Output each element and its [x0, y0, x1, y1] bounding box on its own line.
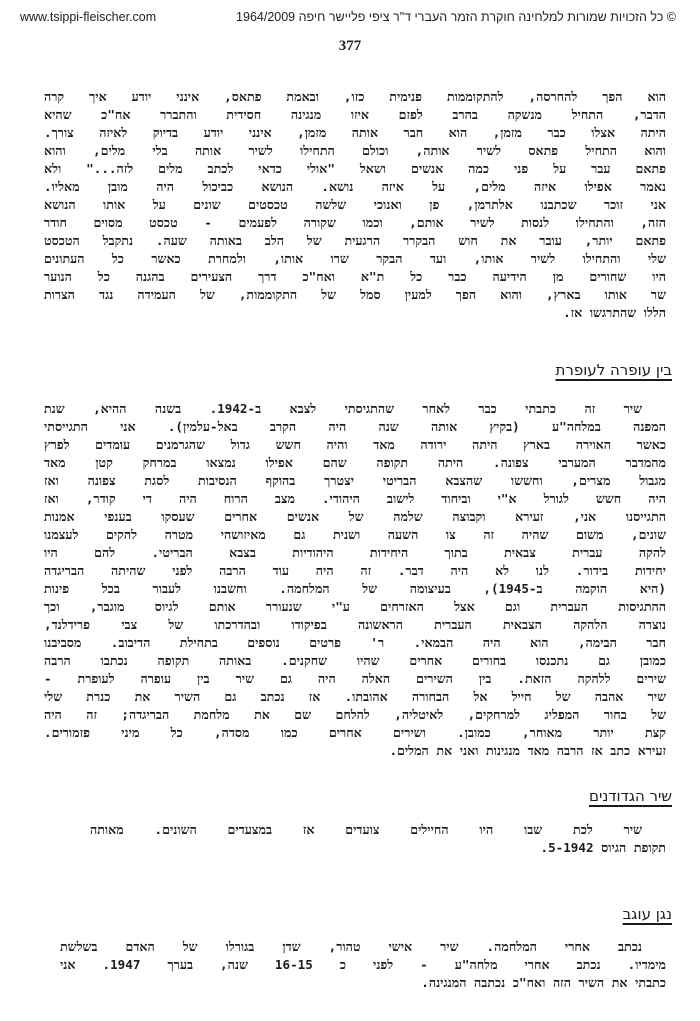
text-line: המפנה במלחה"ע (בקיץ אותה שנה היה הקרב בא… — [44, 418, 666, 436]
text-line: הזה, והתחילו לנסות לשיר אותם, וכמו שקורה… — [44, 214, 666, 232]
text-line: קצת יותר מאוחר, כמובן. ושירים אחרים כמו … — [44, 724, 666, 742]
text-line: שיר אהבה של חייל אל הבחורה אהובתו. אז נכ… — [44, 688, 666, 706]
text-line: חבר הבימה, הוא היה הבמאי. ר' פרטים נוספי… — [44, 634, 666, 652]
text-line: נכתב אחרי המלחמה. שיר אישי טהור, שדן בגו… — [60, 938, 666, 956]
text-line: פתאם עבר על פני כמה אנשים ושאל "אולי כדא… — [44, 160, 666, 178]
text-line: יחידות בידור. לנו לא היה דבר. זה היה עוד… — [44, 562, 666, 580]
text-line: שיר זה כתבתי כבר לאחר שהתגיסתי לצבא ב-19… — [44, 400, 666, 418]
text-line: הוא הפך להחרסה, להתקוממות פנימית כזו, וב… — [44, 88, 666, 106]
text-line: שירים ללהקה הזאת. בין השירים האלה היה גם… — [44, 670, 666, 688]
page-number: 377 — [0, 38, 700, 55]
text-line: אני זוכר שכתבנו אלתרמן, פן ואנוכי שלשה ט… — [44, 196, 666, 214]
text-line: היו שחורים מן הידיעה כבר כל ת"א ואח"כ דר… — [44, 268, 666, 286]
section-paragraph-nagan-ugav: נכתב אחרי המלחמה. שיר אישי טהור, שדן בגו… — [60, 938, 666, 992]
text-line: נאמר אפילו איזה מלים, על איזה נושא. הנוש… — [44, 178, 666, 196]
section-heading-nagan-ugav: נגן עוגב — [623, 905, 672, 923]
intro-paragraph: הוא הפך להחרסה, להתקוממות פנימית כזו, וב… — [44, 88, 666, 322]
text-line: להקה עברית צבאית בתוך היחידות היהודיות ב… — [44, 544, 666, 562]
text-line: כאשר האוירה בארץ היתה ירודה מאד והיה חשש… — [44, 436, 666, 454]
text-line: מימדיו. נכתב אחרי מלחה"ע - לפני כ 16-15 … — [60, 956, 666, 974]
text-line: התגייסנו אני, זעירא וקבוצה שלמה של אנשים… — [44, 508, 666, 526]
website-url: www.tsippi-fleischer.com — [20, 10, 156, 24]
text-line: זעירא כתב אז הרבה מאד מנגינות ואני את המ… — [44, 742, 666, 760]
text-line: כתבתי את השיר הזה ואח"כ נכתבה המנגינה. — [60, 974, 666, 992]
text-line: היתה אצלו כבר מזמן, הוא חבר אותה מזמן, א… — [44, 124, 666, 142]
text-line: פתאם יותר, עובר את חוש הבקרר הרגעית של ה… — [44, 232, 666, 250]
text-line: (היא הוקמה ב-1945), בעיצומה של המלחמה. ו… — [44, 580, 666, 598]
text-line: הללו שהתרגשו אז. — [44, 304, 666, 322]
text-line: שיר לכת שבו היו החיילים צועדים אז במצעדי… — [90, 821, 666, 839]
text-line: הדבר, התחיל מנשקה בהרב לפזם איזו מנגינה … — [44, 106, 666, 124]
text-line: מהמדבר המערבי צפונה. היתה תקופה שהם אפיל… — [44, 454, 666, 472]
text-line: מגבול מצרים, וחששו שהצבא הבריטי יצטרך בה… — [44, 472, 666, 490]
section-paragraph-bein-ofra: שיר זה כתבתי כבר לאחר שהתגיסתי לצבא ב-19… — [44, 400, 666, 760]
text-line: נוצרה הלהקה הצבאית העברית הראשונה בפיקוד… — [44, 616, 666, 634]
text-line: של בחור המפליג למרחקים, לאיטליה, להלחם ש… — [44, 706, 666, 724]
section-heading-bein-ofra: בין עופרה לעופרת — [556, 361, 672, 379]
text-line: שונים, משום שהיה זה צו השעה ושנית גם מאי… — [44, 526, 666, 544]
section-paragraph-shir-hagdudanim: שיר לכת שבו היו החיילים צועדים אז במצעדי… — [90, 821, 666, 857]
text-line: שר אותו בארץ, והוא הפך למעין סמל של התקו… — [44, 286, 666, 304]
text-line: ההתגיסות העברית וגם אצל האזרחים ע"י שנעו… — [44, 598, 666, 616]
copyright-notice: © כל הזכויות שמורות למלחינה חוקרת הזמר ה… — [236, 10, 676, 24]
text-line: היה חשש לגורל א"י וביחוד לישוב היהודי. מ… — [44, 490, 666, 508]
text-line: שלי והתחילו לשיר אותו, ועד הבקר שרו אותו… — [44, 250, 666, 268]
section-heading-shir-hagdudanim: שיר הגדודנים — [589, 787, 672, 805]
text-line: והוא התחיל פתאס לשיר אותה, וכולם התחילו … — [44, 142, 666, 160]
text-line: תקופת הגיוס 5-1942. — [90, 839, 666, 857]
text-line: כמובן גם נתכנסו בחורים אחרים שהיו שחקנים… — [44, 652, 666, 670]
